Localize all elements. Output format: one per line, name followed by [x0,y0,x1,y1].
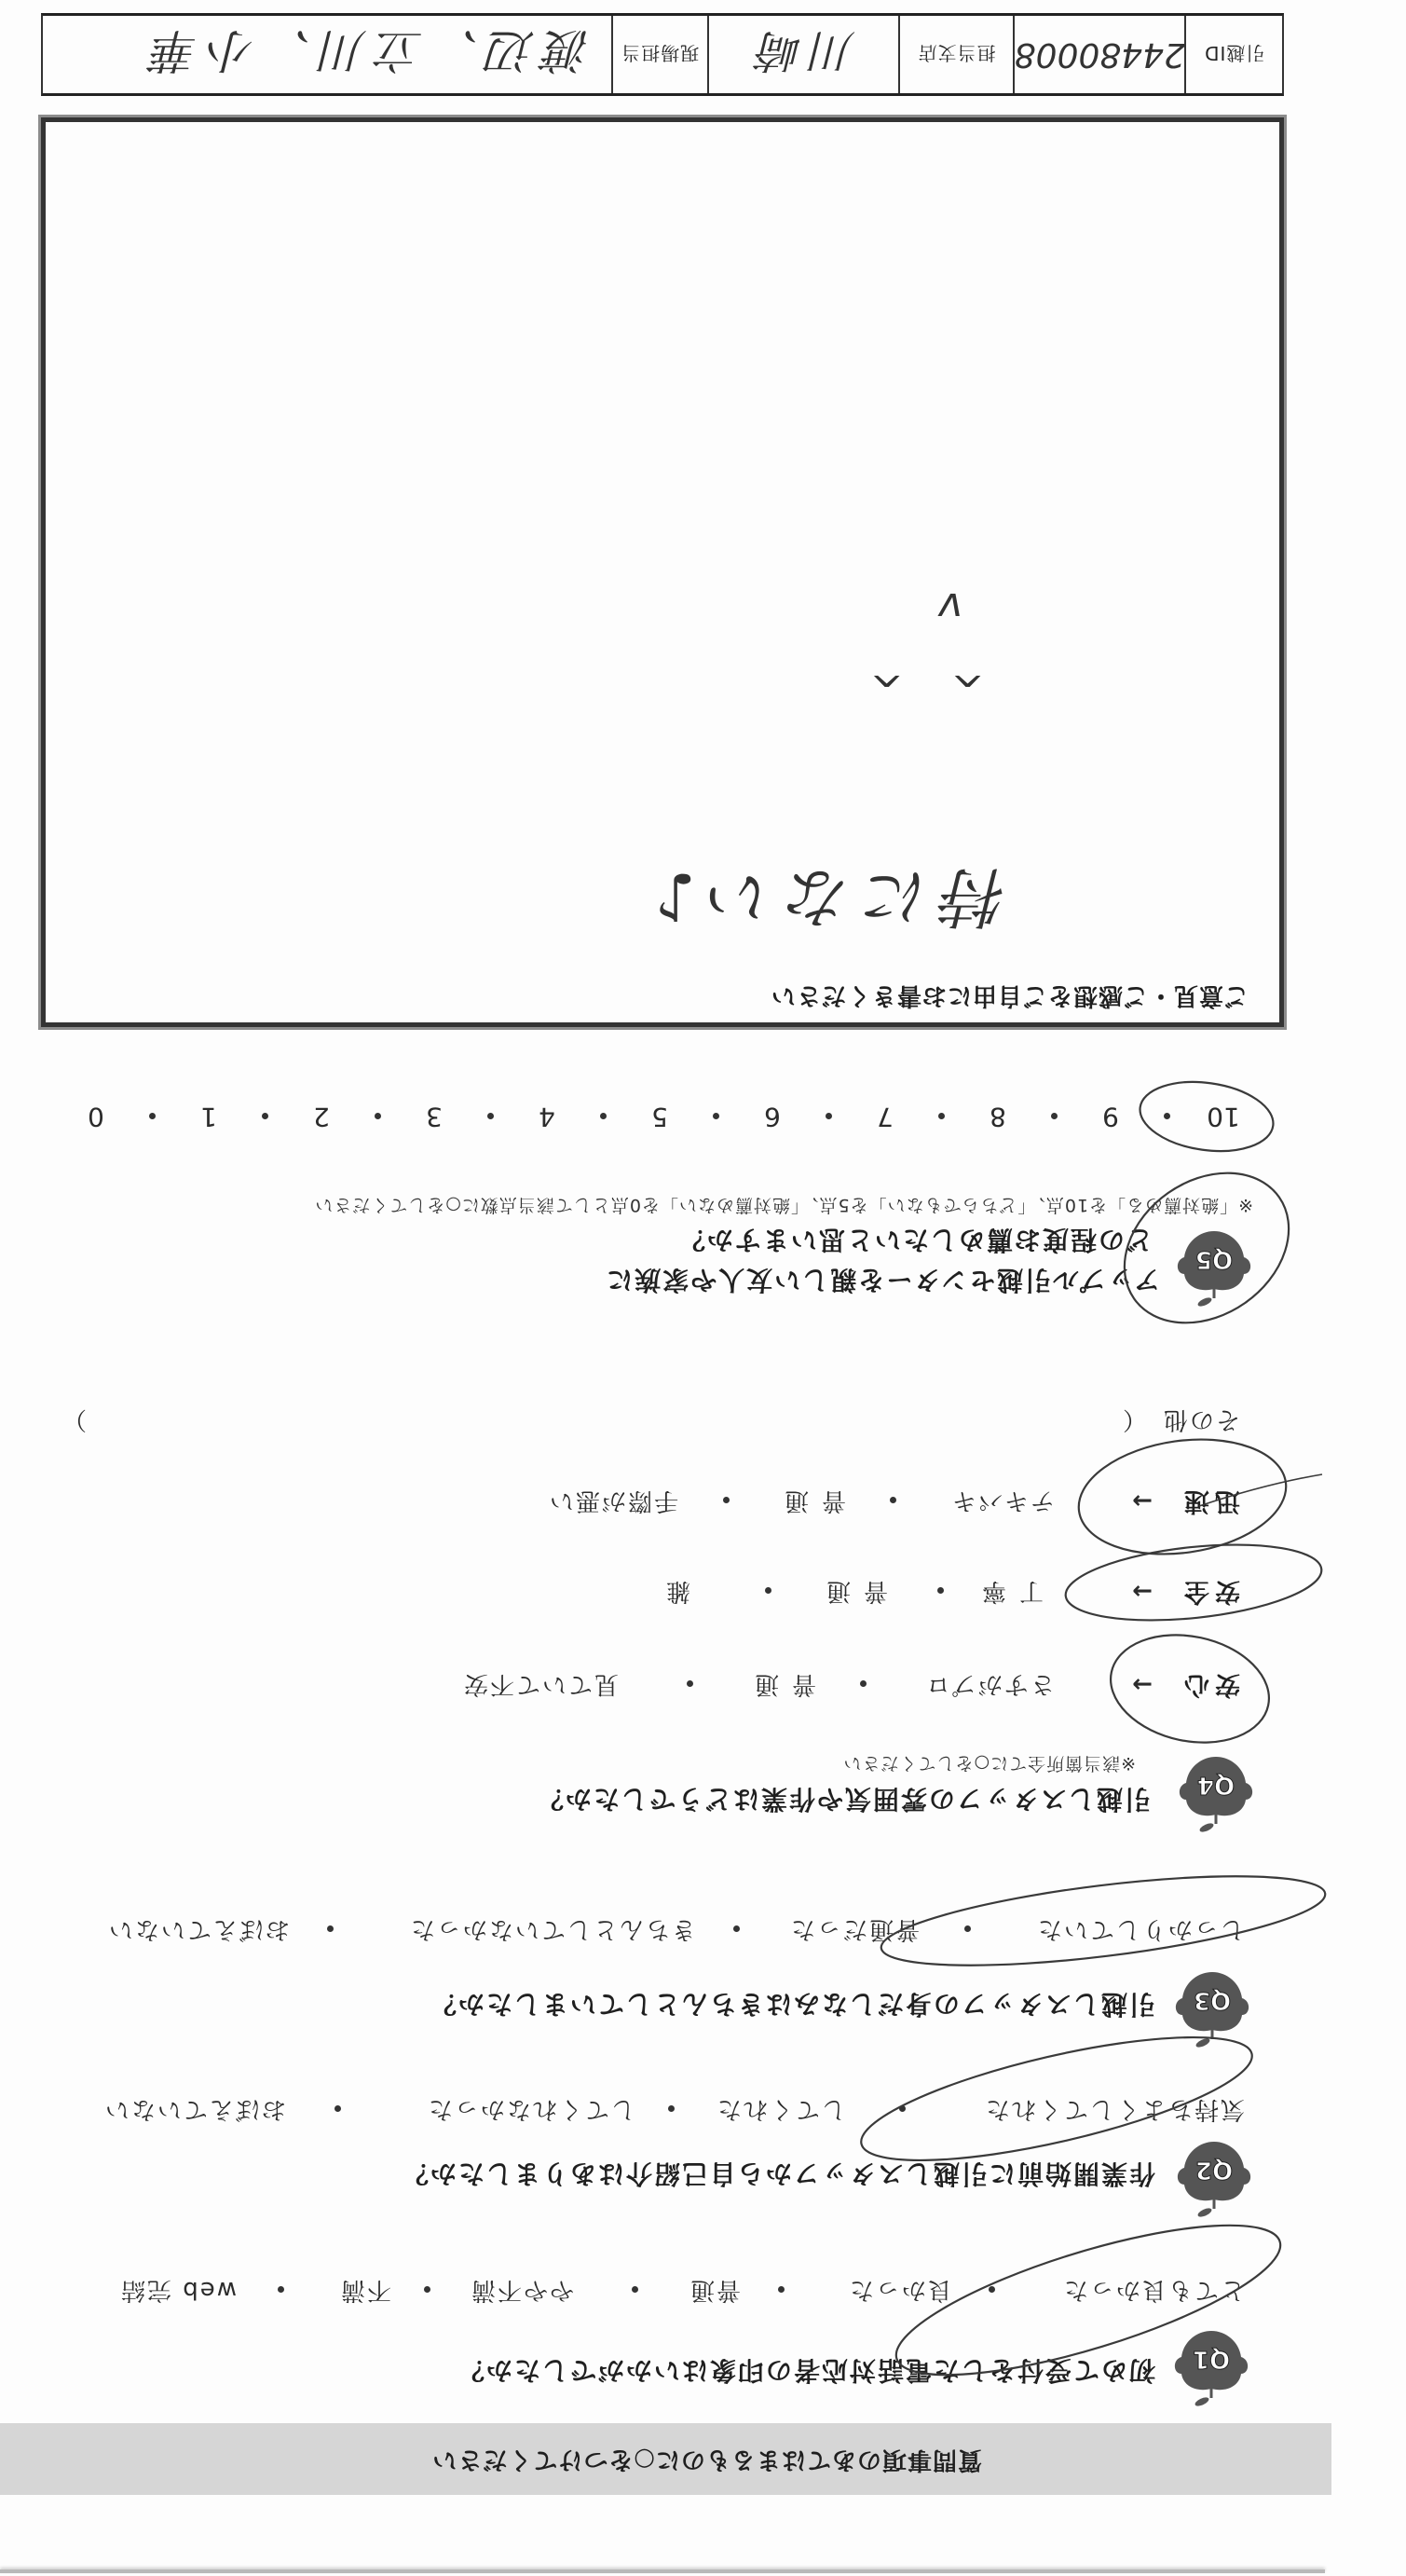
separator-dot [424,2286,430,2293]
q1-option-dissatisfied: 不満 [339,2276,391,2304]
separator-dot [964,1925,971,1932]
branch-value: 川崎 [709,16,900,93]
q1-option-web-complete: web 完結 [119,2276,237,2304]
scanned-questionnaire-page: 質問事項のあてはまるものに○をつけてください Q1 初めて受付をした電話対応者の… [0,0,1406,2576]
score-6: 6 [752,1102,793,1131]
apple-badge-icon-q3: Q3 [1175,1966,1249,2050]
question-4-text: 引越しスタッフの雰囲気や作業はどうでしたか？ [536,1783,1151,1815]
page-edge-line [0,2569,1325,2573]
score-0: 0 [75,1102,116,1131]
q4-safety-option-careful: 丁寧 [969,1577,1044,1605]
move-info-table: 引越ID 24480008 担当支店 川崎 現場担当 渡辺、立川、小華 [41,13,1284,96]
separator-dot [733,1925,740,1932]
apple-badge-icon-q2: Q2 [1177,2136,1251,2220]
score-4: 4 [526,1102,567,1131]
score-7: 7 [865,1102,906,1131]
separator-dot [334,2105,341,2112]
separator-dot [632,2286,638,2293]
badge-label: Q5 [1195,1245,1233,1273]
separator-dot [375,1113,381,1119]
apple-badge-icon-q1: Q1 [1174,2325,1249,2409]
separator-dot [938,1113,945,1119]
separator-dot [937,1587,944,1594]
q2-option-pleasantly-introduced: 気持ちよくしてくれた [984,2095,1245,2123]
comment-box-title: ご意見・ご感想をご自由にお書きください [771,981,1249,1009]
q2-option-introduced: してくれた [716,2095,846,2123]
staff-label: 現場担当 [613,16,709,93]
q4-speed-option-clumsy: 手際が悪い [548,1487,678,1514]
question-5-text-line1: アップル引越センターを親しい友人や家族に [605,1264,1160,1295]
instructions-band: 質問事項のあてはまるものに○をつけてください [0,2423,1331,2495]
q4-row-label-speed: 迅速 [1179,1487,1240,1514]
separator-dot [600,1113,607,1119]
q1-option-normal: 普通 [689,2276,741,2304]
score-3: 3 [414,1102,455,1131]
q3-option-normal: 普通だった [789,1915,920,1943]
separator-dot [723,1497,730,1503]
q1-option-good: 良かった [848,2276,952,2304]
q4-safety-option-rough: 雑 [664,1577,690,1605]
q1-option-very-good: とても良かった [1062,2276,1245,2304]
question-4-note: ※該当箇所全てに○をしてください [843,1753,1137,1774]
q2-option-dont-remember: おぼえていない [103,2095,286,2123]
separator-dot [487,1113,494,1119]
separator-dot [989,2286,995,2293]
arrow-right-icon: → [1132,1577,1153,1605]
q4-row-label-peace-of-mind: 安心 [1179,1670,1240,1698]
q4-peace-option-uneasy: 見ていて不安 [462,1670,619,1698]
separator-dot [765,1587,771,1594]
separator-dot [668,2105,675,2112]
q4-row-label-safety: 安全 [1179,1577,1240,1605]
q1-option-somewhat-dissatisfied: やや不満 [470,2276,574,2304]
handwritten-comment: 特にない♪ [641,850,1009,943]
question-2-text: 作業開始前に引越しスタッフから自己紹介はありましたか？ [401,2158,1155,2189]
staff-names-value: 渡辺、立川、小華 [43,16,613,93]
smiley-mouth-icon: v [921,583,962,630]
move-id-value: 24480008 [1015,16,1186,93]
question-5-note: ※「絶対薦める」を10点、「どちらでもない」を5点、「絶対薦めない」を0点として… [314,1195,1253,1215]
q3-option-neat: しっかりしていた [1036,1915,1245,1943]
smiley-eyes-icon: ^ ^ [853,647,985,693]
score-8: 8 [977,1102,1018,1131]
q4-speed-option-normal: 普通 [771,1487,846,1514]
score-10: 10 [1203,1102,1244,1131]
separator-dot [687,1680,693,1687]
badge-label: Q1 [1193,2345,1230,2373]
branch-label: 担当支店 [900,16,1016,93]
question-5-text-line2: どの程度お薦めしたいと思いますか？ [677,1224,1153,1255]
separator-dot [826,1113,832,1119]
score-9: 9 [1090,1102,1131,1131]
arrow-right-icon: → [1132,1487,1153,1514]
apple-badge-icon-q4: Q4 [1179,1751,1253,1835]
q3-option-not-neat: きちんとしていなかった [409,1915,696,1943]
instructions-text: 質問事項のあてはまるものに○をつけてください [431,2423,982,2495]
arrow-right-icon: → [1132,1670,1153,1698]
separator-dot [262,1113,268,1119]
score-2: 2 [301,1102,342,1131]
apple-badge-icon-q5: Q5 [1177,1226,1251,1309]
move-id-label: 引越ID [1186,16,1282,93]
q4-other-label: その他 [1162,1405,1240,1433]
badge-label: Q3 [1194,1986,1231,2014]
separator-dot [713,1113,719,1119]
badge-label: Q4 [1197,1771,1235,1799]
q4-speed-option-brisk: テキパキ [950,1487,1055,1514]
separator-dot [860,1680,867,1687]
q2-option-not-introduced: してくれなかった [427,2095,635,2123]
separator-dot [327,1925,334,1932]
separator-dot [1051,1113,1058,1119]
separator-dot [1164,1113,1170,1119]
q4-other-open-paren: （ [1121,1405,1147,1433]
separator-dot [149,1113,156,1119]
q4-peace-option-normal: 普通 [742,1670,816,1698]
score-1: 1 [188,1102,229,1131]
separator-dot [778,2286,785,2293]
question-3-text: 引越しスタッフの身だしなみはきちんとしていましたか？ [429,1988,1155,2020]
q4-other-close-paren: ） [61,1405,87,1433]
separator-dot [899,2105,906,2112]
question-1-text: 初めて受付をした電話対応者の印象はいかがでしたか？ [457,2354,1155,2386]
separator-dot [278,2286,284,2293]
separator-dot [890,1497,896,1503]
badge-label: Q2 [1195,2156,1233,2184]
q3-option-dont-remember: おぼえていない [107,1915,290,1943]
q4-peace-option-professional: さすがプロ [924,1670,1055,1698]
score-5: 5 [639,1102,680,1131]
q4-safety-option-normal: 普通 [813,1577,888,1605]
